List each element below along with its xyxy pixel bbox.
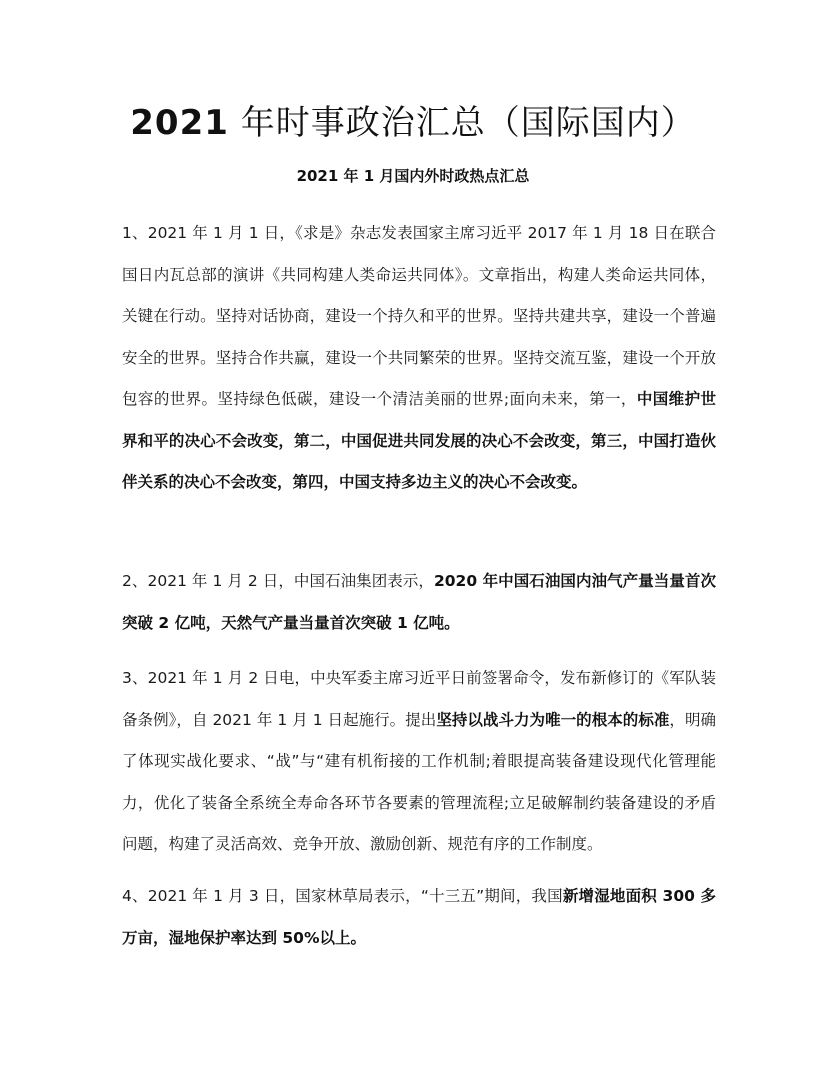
news-item-4: 4、2021 年 1 月 3 日，国家林草局表示，“十三五”期间，我国新增湿地面… [122, 876, 716, 959]
item-3-text-cont: ，明确了体现实战化要求、“战”与“建有机衔接的工作机制;着眼提高装备建设现代化管… [122, 711, 716, 854]
news-item-1: 1、2021 年 1 月 1 日，《求是》杂志发表国家主席习近平 2017 年 … [122, 213, 716, 504]
title-text: 年时事政治汇总（国际国内） [229, 103, 696, 143]
item-4-text: 4、2021 年 1 月 3 日，国家林草局表示，“十三五”期间，我国 [122, 887, 563, 905]
document-title: 2021 年时事政治汇总（国际国内） [0, 98, 826, 148]
document-page: 2021 年时事政治汇总（国际国内） 2021 年 1 月国内外时政热点汇总 1… [0, 0, 826, 1069]
item-1-text: 1、2021 年 1 月 1 日，《求是》杂志发表国家主席习近平 2017 年 … [122, 224, 716, 408]
title-year: 2021 [130, 103, 229, 143]
news-item-3: 3、2021 年 1 月 2 日电，中央军委主席习近平日前签署命令，发布新修订的… [122, 658, 716, 866]
document-subtitle: 2021 年 1 月国内外时政热点汇总 [0, 164, 826, 188]
news-item-2: 2、2021 年 1 月 2 日，中国石油集团表示，2020 年中国石油国内油气… [122, 561, 716, 644]
item-2-text: 2、2021 年 1 月 2 日，中国石油集团表示， [122, 572, 434, 590]
item-3-bold-text: 坚持以战斗力为唯一的根本的标准 [436, 711, 669, 729]
